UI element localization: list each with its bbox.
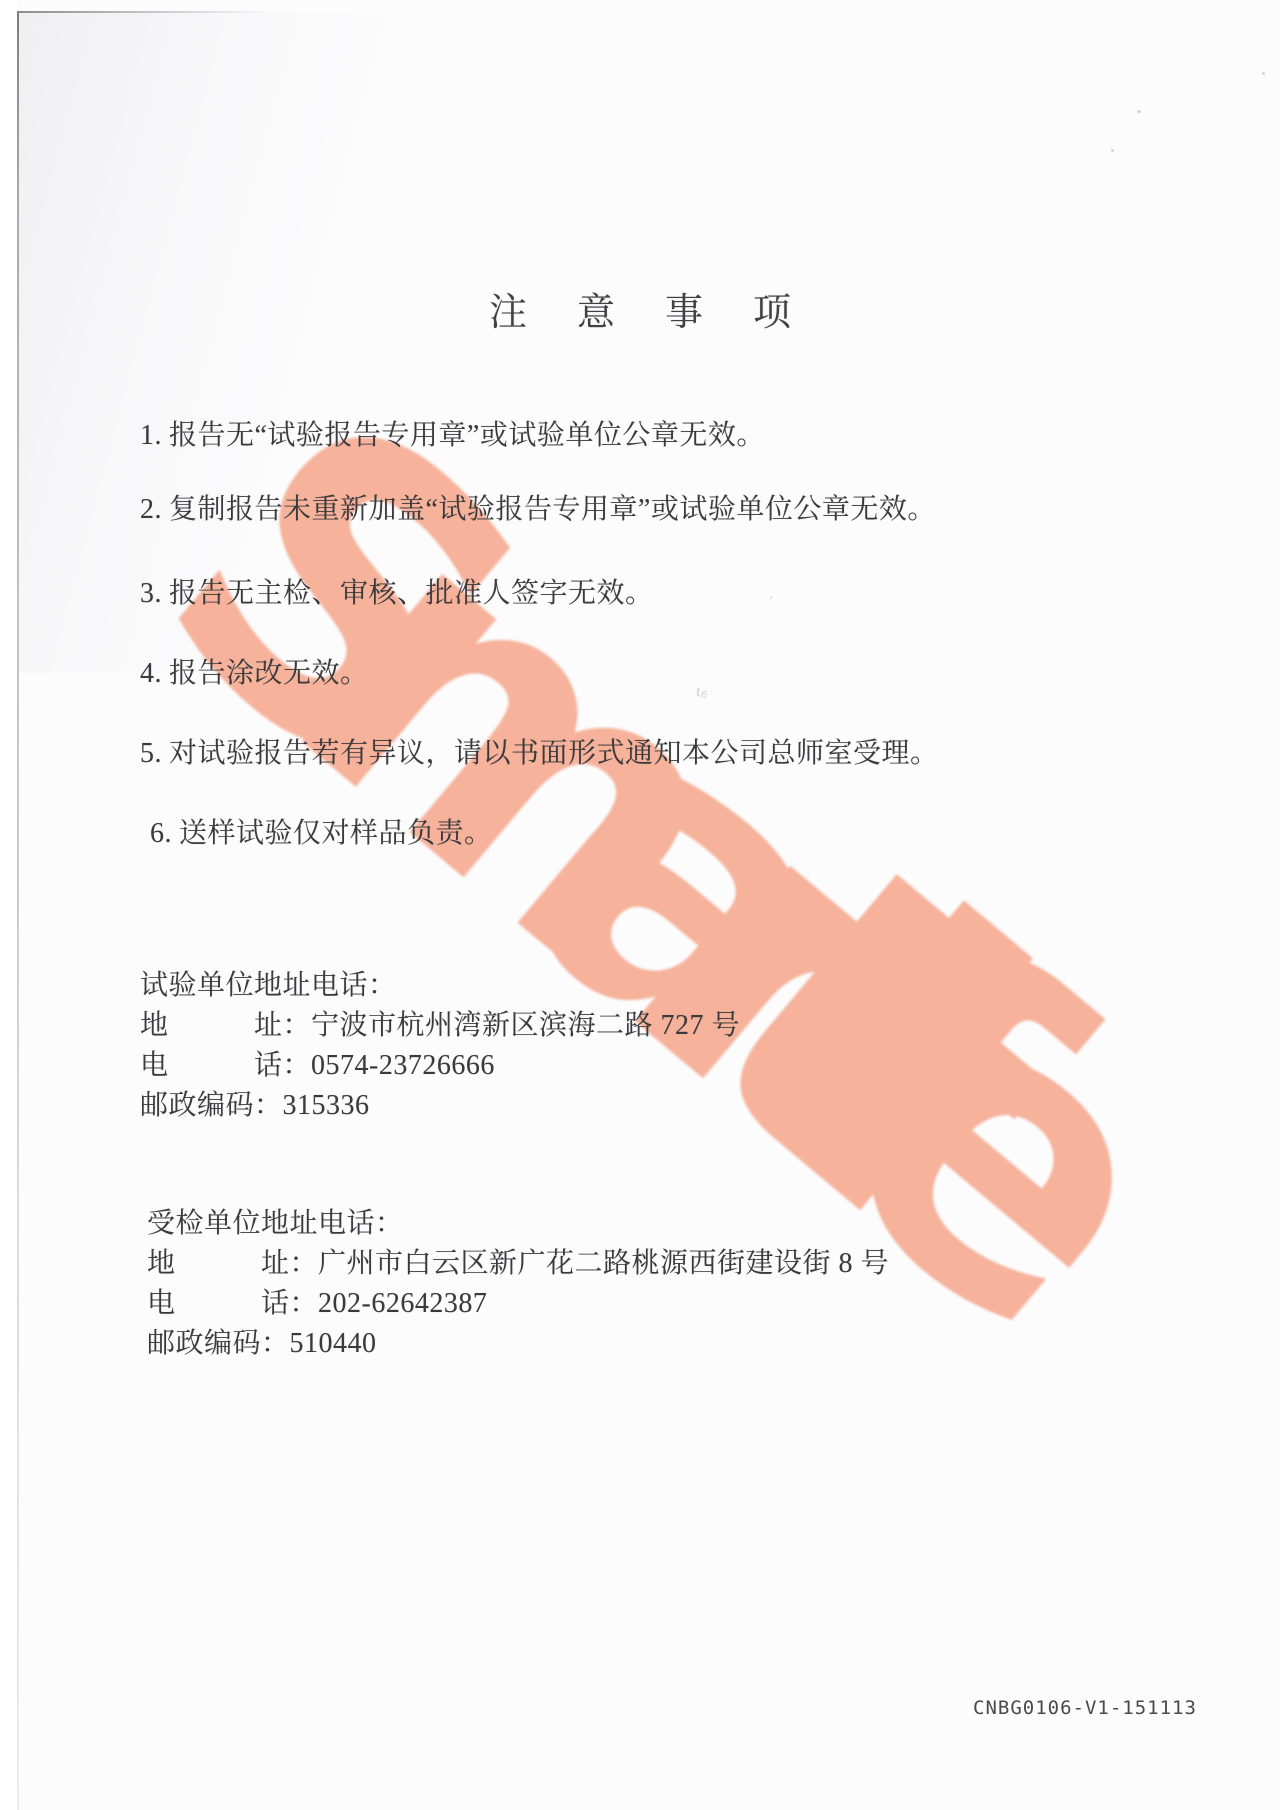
note-text: 报告无“试验报告专用章”或试验单位公章无效。 [169, 420, 765, 451]
note-number: 5. [140, 738, 162, 769]
address-row: 地 址：广州市白云区新广花二路桃源西街建设街 8 号 [147, 1244, 889, 1284]
phone-label: 电 话： [147, 1288, 318, 1319]
section-heading: 受检单位地址电话： [147, 1204, 889, 1244]
note-item: 2.复制报告未重新加盖“试验报告专用章”或试验单位公章无效。 [140, 487, 936, 527]
note-item: 3.报告无主检、审核、批准人签字无效。 [140, 571, 654, 611]
address-label: 地 址： [147, 1248, 318, 1279]
inspected-unit-section: 受检单位地址电话： 地 址：广州市白云区新广花二路桃源西街建设街 8 号 电 话… [147, 1204, 889, 1364]
note-number: 4. [140, 658, 162, 689]
postcode-label: 邮政编码： [140, 1090, 283, 1121]
postcode-label: 邮政编码： [147, 1328, 290, 1359]
phone-row: 电 话：0574-23726666 [140, 1046, 740, 1086]
form-code: CNBG0106-V1-151113 [973, 1697, 1197, 1719]
note-number: 3. [140, 578, 162, 609]
section-heading: 试验单位地址电话： [140, 966, 740, 1006]
address-label: 地 址： [140, 1010, 311, 1041]
address-row: 地 址：宁波市杭州湾新区滨海二路 727 号 [140, 1006, 740, 1046]
note-text: 报告涂改无效。 [169, 658, 369, 689]
note-item: 6.送样试验仅对样品负责。 [150, 811, 493, 851]
page-title: 注意事项 [0, 281, 1280, 336]
note-number: 1. [140, 420, 162, 451]
note-item: 5.对试验报告若有异议，请以书面形式通知本公司总师室受理。 [140, 731, 939, 771]
scanned-page: ι‎₆ ʹ Smartlife 注意事项 1.报告无“试验报告专用章”或试验单位… [0, 0, 1280, 1810]
note-item: 1.报告无“试验报告专用章”或试验单位公章无效。 [140, 413, 765, 453]
note-text: 送样试验仅对样品负责。 [179, 818, 493, 849]
note-text: 复制报告未重新加盖“试验报告专用章”或试验单位公章无效。 [169, 494, 936, 525]
postcode-row: 邮政编码：315336 [140, 1086, 740, 1126]
note-text: 报告无主检、审核、批准人签字无效。 [169, 578, 654, 609]
note-item: 4.报告涂改无效。 [140, 651, 369, 691]
phone-row: 电 话：202-62642387 [147, 1284, 889, 1324]
postcode-value: 315336 [283, 1090, 370, 1121]
note-number: 6. [150, 818, 172, 849]
address-value: 宁波市杭州湾新区滨海二路 727 号 [311, 1010, 740, 1041]
note-number: 2. [140, 494, 162, 525]
phone-value: 0574-23726666 [311, 1050, 495, 1081]
address-value: 广州市白云区新广花二路桃源西街建设街 8 号 [318, 1248, 889, 1279]
phone-value: 202-62642387 [318, 1288, 487, 1319]
postcode-value: 510440 [290, 1328, 377, 1359]
document-content: 注意事项 1.报告无“试验报告专用章”或试验单位公章无效。 2.复制报告未重新加… [0, 0, 1280, 1810]
test-unit-section: 试验单位地址电话： 地 址：宁波市杭州湾新区滨海二路 727 号 电 话：057… [140, 966, 740, 1126]
note-text: 对试验报告若有异议，请以书面形式通知本公司总师室受理。 [169, 738, 939, 769]
phone-label: 电 话： [140, 1050, 311, 1081]
postcode-row: 邮政编码：510440 [147, 1324, 889, 1364]
